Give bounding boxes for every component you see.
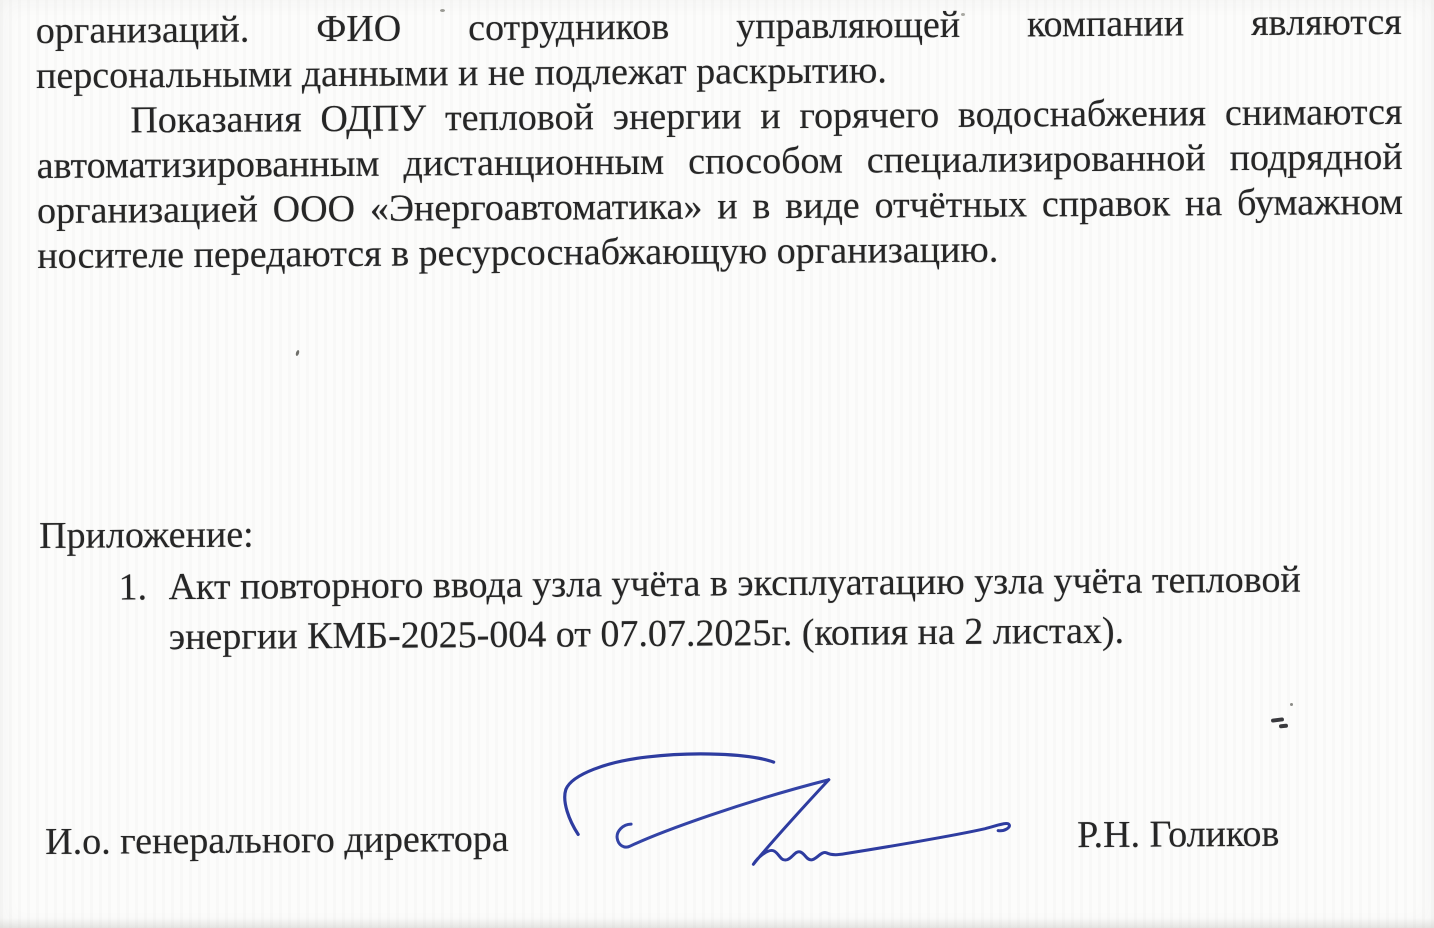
signature-ink (548, 746, 1019, 897)
scanned-document-page: организаций. ФИО сотрудников управляющей… (0, 0, 1434, 928)
paragraph2-line3: организацией ООО «Энергоавтоматика» и в … (37, 180, 1403, 234)
signer-name: Р.Н. Голиков (1077, 812, 1280, 858)
main-text: организаций. ФИО сотрудников управляющей… (36, 0, 1404, 279)
paragraph1-line1: организаций. ФИО сотрудников управляющей… (36, 0, 1402, 54)
attachment-heading: Приложение: (39, 505, 1405, 559)
attachment-item-text: Акт повторного ввода узла учёта в эксплу… (168, 554, 1406, 662)
attachment-section: Приложение: 1. Акт повторного ввода узла… (39, 505, 1406, 663)
paragraph2-line4: носителе передаются в ресурсоснабжающую … (37, 225, 1403, 279)
attachment-item-line1: Акт повторного ввода узла учёта в эксплу… (168, 554, 1405, 612)
attachment-item-number: 1. (118, 562, 169, 662)
attachment-item-line2: энергии КМБ-2025-004 от 07.07.2025г. (ко… (169, 604, 1406, 662)
signer-title: И.о. генерального директора (45, 817, 509, 865)
attachment-item: 1. Акт повторного ввода узла учёта в экс… (39, 554, 1406, 663)
page-content: организаций. ФИО сотрудников управляющей… (36, 0, 1408, 928)
